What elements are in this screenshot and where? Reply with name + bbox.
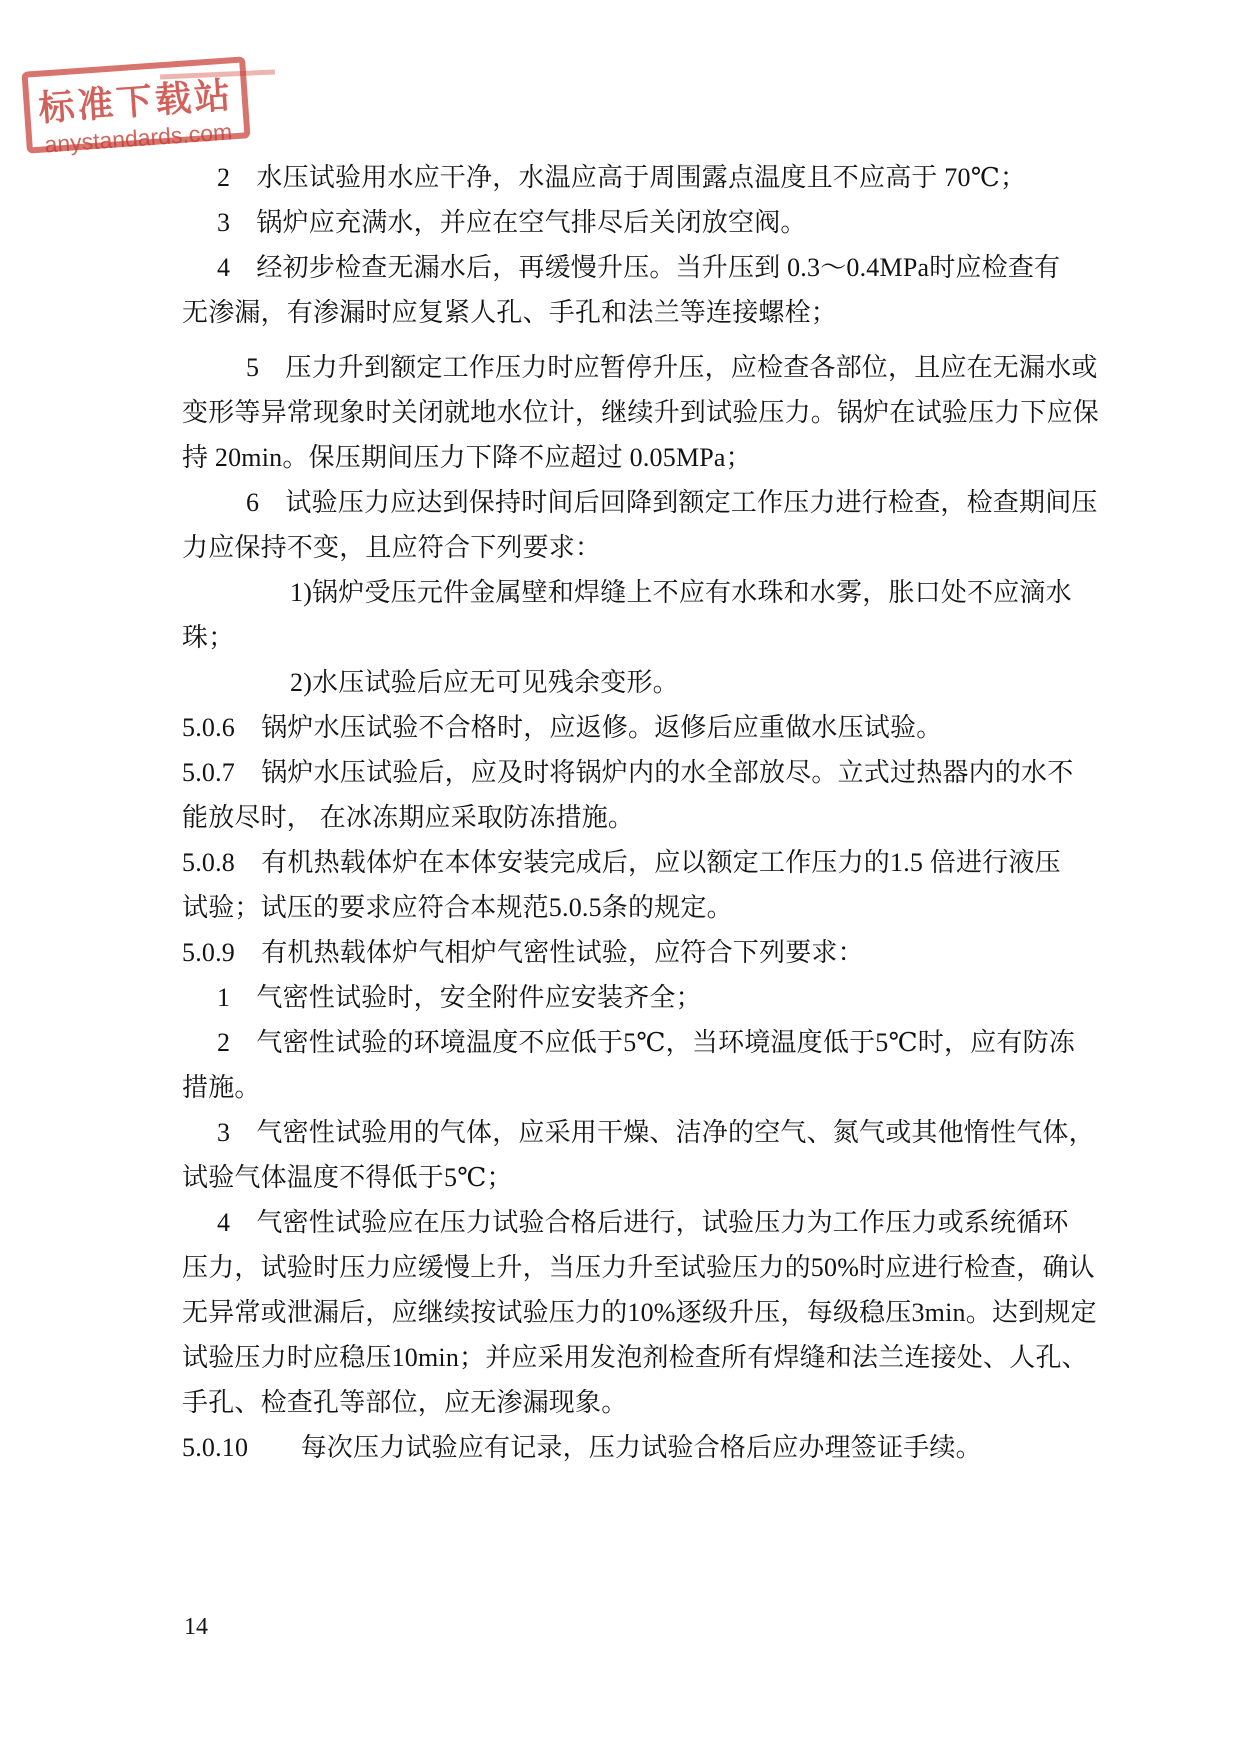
- doc-line: 2 气密性试验的环境温度不应低于5℃，当环境温度低于5℃时，应有防冻: [182, 1020, 1087, 1065]
- doc-line-5-0-6: 5.0.6 锅炉水压试验不合格时，应返修。返修后应重做水压试验。: [182, 705, 1087, 750]
- doc-line-5-0-9: 5.0.9 有机热载体炉气相炉气密性试验，应符合下列要求：: [182, 930, 1087, 975]
- doc-line: 试验气体温度不得低于5℃；: [182, 1155, 1087, 1200]
- doc-line: 2 水压试验用水应干净，水温应高于周围露点温度且不应高于 70℃；: [182, 155, 1087, 200]
- doc-line: 压力，试验时压力应缓慢上升，当压力升至试验压力的50%时应进行检查，确认: [182, 1245, 1087, 1290]
- doc-line: 5 压力升到额定工作压力时应暂停升压，应检查各部位，且应在无漏水或: [182, 345, 1087, 390]
- doc-line-5-0-8: 5.0.8 有机热载体炉在本体安装完成后，应以额定工作压力的1.5 倍进行液压: [182, 840, 1087, 885]
- doc-line: 1 气密性试验时，安全附件应安装齐全；: [182, 975, 1087, 1020]
- doc-line: 3 气密性试验用的气体，应采用干燥、洁净的空气、氮气或其他惰性气体，: [182, 1110, 1087, 1155]
- doc-line: 无渗漏，有渗漏时应复紧人孔、手孔和法兰等连接螺栓；: [182, 290, 1087, 335]
- doc-line: 试验；试压的要求应符合本规范5.0.5条的规定。: [182, 885, 1087, 930]
- doc-line: 变形等异常现象时关闭就地水位计，继续升到试验压力。锅炉在试验压力下应保: [182, 390, 1087, 435]
- doc-line: 1)锅炉受压元件金属壁和焊缝上不应有水珠和水雾，胀口处不应滴水: [182, 570, 1087, 615]
- document-text: 2 水压试验用水应干净，水温应高于周围露点温度且不应高于 70℃； 3 锅炉应充…: [182, 155, 1087, 1470]
- doc-line: 2)水压试验后应无可见残余变形。: [182, 660, 1087, 705]
- doc-line: 措施。: [182, 1065, 1087, 1110]
- doc-line: 试验压力时应稳压10min；并应采用发泡剂检查所有焊缝和法兰连接处、人孔、: [182, 1335, 1087, 1380]
- doc-line: 能放尽时， 在冰冻期应采取防冻措施。: [182, 795, 1087, 840]
- doc-line: 3 锅炉应充满水，并应在空气排尽后关闭放空阀。: [182, 200, 1087, 245]
- doc-line-5-0-7: 5.0.7 锅炉水压试验后，应及时将锅炉内的水全部放尽。立式过热器内的水不: [182, 750, 1087, 795]
- doc-line: 持 20min。保压期间压力下降不应超过 0.05MPa；: [182, 435, 1087, 480]
- page-number: 14: [184, 1612, 208, 1642]
- document-page: 标准下载站 anystandards.com 2 水压试验用水应干净，水温应高于…: [0, 0, 1240, 1754]
- stamp: 标准下载站 anystandards.com: [21, 56, 250, 153]
- doc-line: 4 经初步检查无漏水后，再缓慢升压。当升压到 0.3～0.4MPa时应检查有: [182, 245, 1087, 290]
- doc-line: 力应保持不变，且应符合下列要求：: [182, 525, 1087, 570]
- doc-line-5-0-10: 5.0.10 每次压力试验应有记录，压力试验合格后应办理签证手续。: [182, 1425, 1087, 1470]
- doc-line: 4 气密性试验应在压力试验合格后进行，试验压力为工作压力或系统循环: [182, 1200, 1087, 1245]
- doc-line: 无异常或泄漏后，应继续按试验压力的10%逐级升压，每级稳压3min。达到规定: [182, 1290, 1087, 1335]
- doc-line: 珠；: [182, 615, 1087, 660]
- doc-line: 6 试验压力应达到保持时间后回降到额定工作压力进行检查，检查期间压: [182, 480, 1087, 525]
- doc-line: 手孔、检查孔等部位，应无渗漏现象。: [182, 1380, 1087, 1425]
